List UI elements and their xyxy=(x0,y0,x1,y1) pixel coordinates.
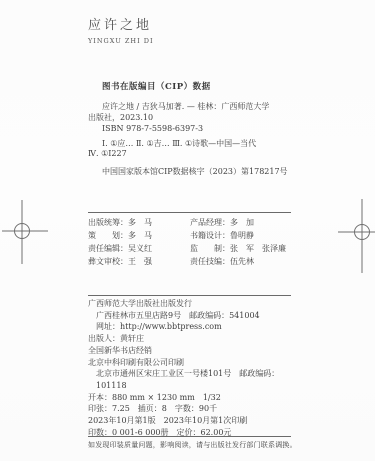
publisher-line: 广西师范大学出版社出版发行 xyxy=(88,298,292,310)
cip-class-line1: Ⅰ. ①应… Ⅱ. ①吉… Ⅲ. ①诗歌—中国—当代 xyxy=(88,139,292,149)
book-title-pinyin: YINGXU ZHI DI xyxy=(88,37,292,45)
sheets-line: 印张：7.25 插页：8 字数：90千 xyxy=(88,403,292,415)
credit-cell: 责任技编：伍先林 xyxy=(190,255,292,268)
cip-entry-line2: 出版社，2023.10 xyxy=(88,112,292,123)
credit-cell: 彝文审校：王 强 xyxy=(88,255,190,268)
credits-row: 出版统筹：多 马 产品经理：多 加 xyxy=(88,216,292,229)
cip-isbn: ISBN 978-7-5598-6397-3 xyxy=(88,123,292,134)
publication-info: 广西师范大学出版社出版发行 广西桂林市五里店路9号 邮政编码：541004 网址… xyxy=(88,298,292,438)
printer-address-line: 北京市通州区宋庄工业区一号楼101号 邮政编码：101118 xyxy=(88,368,292,391)
cip-heading: 图书在版编目（CIP）数据 xyxy=(88,80,306,92)
cip-classification: Ⅰ. ①应… Ⅱ. ①吉… Ⅲ. ①诗歌—中国—当代 Ⅳ. ①I227 xyxy=(88,139,292,159)
publisher-address-line: 广西桂林市五里店路9号 邮政编码：541004 xyxy=(88,310,292,322)
credits-row: 责任编辑：吴义红 监 制：张 军 张泽廉 xyxy=(88,242,292,255)
credits-row: 策 划：多 马 书籍设计：鲁明静 xyxy=(88,229,292,242)
divider-top xyxy=(88,212,291,213)
credit-cell: 出版统筹：多 马 xyxy=(88,216,190,229)
book-title: 应许之地 xyxy=(88,14,292,33)
divider-middle xyxy=(88,295,291,296)
cip-record-number: 中国国家版本馆CIP数据核字（2023）第178217号 xyxy=(88,166,306,177)
divider-bottom xyxy=(88,436,291,437)
cip-entry: 应许之地 / 吉狄马加著. — 桂林：广西师范大学 出版社，2023.10 IS… xyxy=(88,101,292,134)
credit-cell: 责任编辑：吴义红 xyxy=(88,242,190,255)
quality-notice: 如发现印装质量问题，影响阅读，请与出版社发行部门联系调换。 xyxy=(88,440,292,450)
credits-row: 彝文审校：王 强 责任技编：伍先林 xyxy=(88,255,292,268)
credit-cell: 策 划：多 马 xyxy=(88,229,190,242)
publisher-person-line: 出版人：黄轩庄 xyxy=(88,333,292,345)
cip-class-line2: Ⅳ. ①I227 xyxy=(88,149,292,159)
printer-line: 北京中科印刷有限公司印刷 xyxy=(88,357,292,369)
copyright-page: 应许之地 YINGXU ZHI DI 图书在版编目（CIP）数据 应许之地 / … xyxy=(0,0,375,461)
credit-cell: 监 制：张 军 张泽廉 xyxy=(190,242,292,255)
edition-line: 2023年10月第1版 2023年10月第1次印刷 xyxy=(88,415,292,427)
format-line: 开本：880 mm × 1230 mm 1/32 xyxy=(88,392,292,404)
publisher-website-line: 网址：http://www.bbtpress.com xyxy=(88,321,292,333)
credit-cell: 书籍设计：鲁明静 xyxy=(190,229,292,242)
registration-mark-left-icon xyxy=(0,198,50,268)
registration-mark-right-icon xyxy=(335,196,375,276)
cip-entry-line1: 应许之地 / 吉狄马加著. — 桂林：广西师范大学 xyxy=(88,101,292,112)
credits-table: 出版统筹：多 马 产品经理：多 加 策 划：多 马 书籍设计：鲁明静 责任编辑：… xyxy=(88,216,292,268)
distribution-line: 全国新华书店经销 xyxy=(88,345,292,357)
credit-cell: 产品经理：多 加 xyxy=(190,216,292,229)
